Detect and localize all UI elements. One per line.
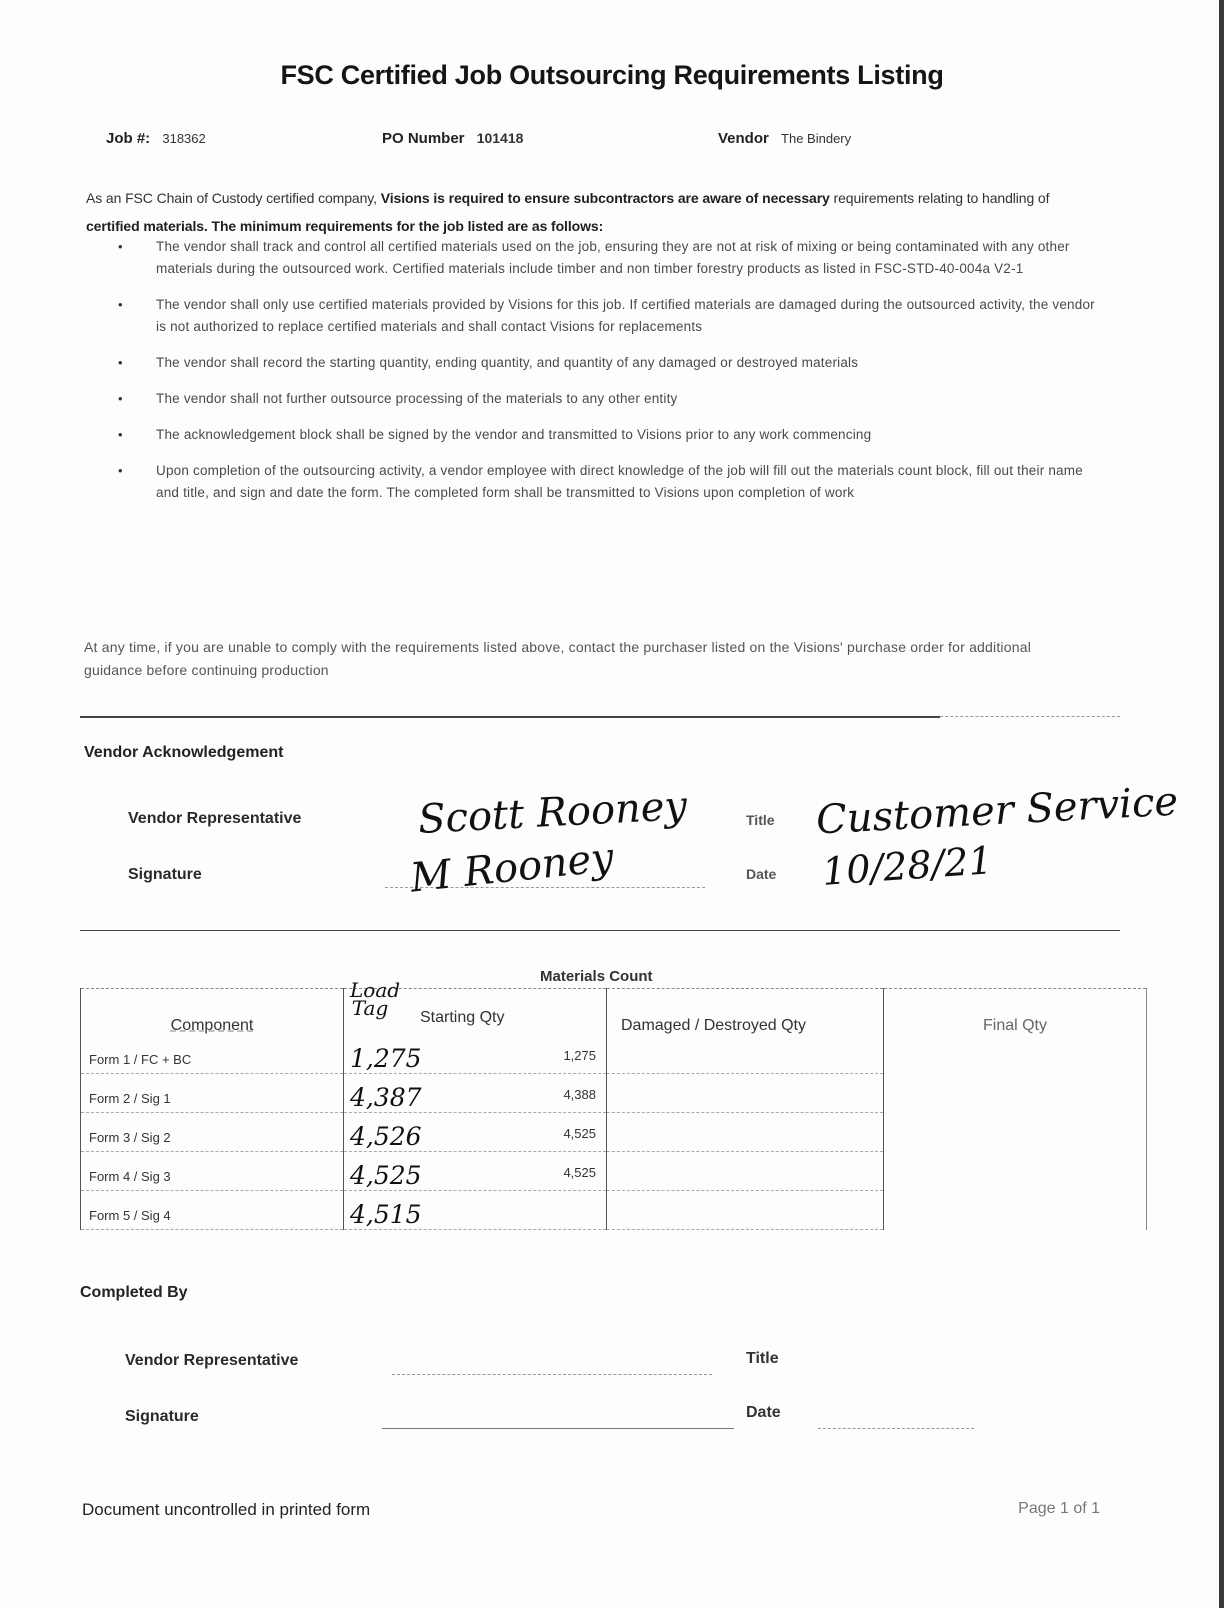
requirement-item: The vendor shall only use certified mate… bbox=[118, 294, 1098, 338]
divider-top bbox=[80, 716, 940, 718]
component-cell: Form 3 / Sig 2 bbox=[81, 1130, 343, 1151]
component-cell: Form 4 / Sig 3 bbox=[81, 1169, 343, 1190]
table-row: Form 3 / Sig 2 4,5264,525 bbox=[81, 1113, 1147, 1152]
completed-signature-label: Signature bbox=[125, 1408, 199, 1426]
damaged-cell[interactable] bbox=[607, 1074, 884, 1113]
job-number-value: 318362 bbox=[162, 131, 205, 146]
damaged-cell[interactable] bbox=[607, 1191, 884, 1230]
requirement-item: The vendor shall record the starting qua… bbox=[118, 352, 1098, 374]
load-tag-cell[interactable]: 4,526 bbox=[350, 1125, 422, 1149]
starting-qty-cell: 4,388 bbox=[563, 1087, 596, 1102]
col-component: Component bbox=[81, 989, 344, 1036]
divider-top-faint bbox=[940, 716, 1120, 717]
final-cell[interactable] bbox=[884, 1191, 1147, 1230]
col-damaged: Damaged / Destroyed Qty bbox=[607, 989, 884, 1036]
completed-title-label: Title bbox=[746, 1350, 779, 1368]
final-cell[interactable] bbox=[884, 1152, 1147, 1191]
starting-qty-cell: 1,275 bbox=[563, 1048, 596, 1063]
job-number-label: Job #: bbox=[106, 130, 150, 147]
completed-signature-line[interactable] bbox=[382, 1428, 734, 1429]
col-load-tag-handwritten: Load Tag bbox=[350, 981, 390, 1017]
completed-by-heading: Completed By bbox=[80, 1284, 188, 1302]
ack-title-value[interactable]: Customer Service bbox=[815, 779, 1179, 844]
final-cell[interactable] bbox=[884, 1074, 1147, 1113]
col-final: Final Qty bbox=[884, 989, 1147, 1036]
intro-text-1: As an FSC Chain of Custody certified com… bbox=[86, 190, 381, 206]
ack-signature-value[interactable]: M Rooney bbox=[408, 834, 616, 901]
component-cell: Form 2 / Sig 1 bbox=[81, 1091, 343, 1112]
intro-text-2: Visions is required to ensure subcontrac… bbox=[381, 190, 830, 206]
starting-qty-cell: 4,525 bbox=[563, 1126, 596, 1141]
intro-text-3: requirements relating to handling of bbox=[830, 190, 1050, 206]
vendor-label: Vendor bbox=[718, 130, 769, 147]
col-starting-qty-label: Starting Qty bbox=[420, 1009, 504, 1027]
table-row: Form 4 / Sig 3 4,5254,525 bbox=[81, 1152, 1147, 1191]
damaged-cell[interactable] bbox=[607, 1152, 884, 1191]
requirements-list: The vendor shall track and control all c… bbox=[118, 236, 1098, 518]
intro-text-4: certified materials. The minimum require… bbox=[86, 218, 603, 234]
footer-disclaimer: Document uncontrolled in printed form bbox=[82, 1500, 370, 1520]
requirement-item: The acknowledgement block shall be signe… bbox=[118, 424, 1098, 446]
load-tag-cell[interactable]: 4,515 bbox=[350, 1203, 422, 1227]
completed-date-line[interactable] bbox=[818, 1428, 974, 1429]
load-tag-cell[interactable]: 4,525 bbox=[350, 1164, 422, 1188]
document-title: FSC Certified Job Outsourcing Requiremen… bbox=[0, 60, 1224, 91]
vendor-field: Vendor The Bindery bbox=[718, 130, 851, 147]
col-component-label: Component bbox=[171, 1017, 254, 1034]
starting-qty-cell: 4,525 bbox=[563, 1165, 596, 1180]
ack-date-value[interactable]: 10/28/21 bbox=[821, 838, 994, 894]
table-header-row: Component Load Tag Starting Qty Damaged … bbox=[81, 989, 1147, 1036]
page-number: Page 1 of 1 bbox=[1018, 1500, 1100, 1518]
completed-rep-line[interactable] bbox=[392, 1374, 712, 1375]
table-row: Form 5 / Sig 4 4,515 bbox=[81, 1191, 1147, 1230]
final-cell[interactable] bbox=[884, 1113, 1147, 1152]
materials-count-table: Component Load Tag Starting Qty Damaged … bbox=[80, 988, 1147, 1230]
ack-title-label: Title bbox=[746, 812, 775, 828]
damaged-cell[interactable] bbox=[607, 1113, 884, 1152]
col-starting-qty: Load Tag Starting Qty bbox=[344, 989, 607, 1036]
ack-rep-value[interactable]: Scott Rooney bbox=[417, 783, 688, 843]
job-number-field: Job #: 318362 bbox=[106, 130, 206, 147]
component-cell: Form 5 / Sig 4 bbox=[81, 1208, 343, 1229]
table-row: Form 1 / FC + BC 1,2751,275 bbox=[81, 1035, 1147, 1074]
component-cell: Form 1 / FC + BC bbox=[81, 1052, 343, 1073]
scan-edge bbox=[1219, 0, 1224, 1608]
completed-rep-label: Vendor Representative bbox=[125, 1352, 298, 1370]
po-number-field: PO Number 101418 bbox=[382, 130, 523, 147]
load-tag-cell[interactable]: 1,275 bbox=[350, 1047, 422, 1071]
ack-rep-label: Vendor Representative bbox=[128, 810, 301, 828]
po-number-label: PO Number bbox=[382, 130, 465, 147]
damaged-cell[interactable] bbox=[607, 1035, 884, 1074]
final-cell[interactable] bbox=[884, 1035, 1147, 1074]
table-row: Form 2 / Sig 1 4,3874,388 bbox=[81, 1074, 1147, 1113]
acknowledgement-heading: Vendor Acknowledgement bbox=[84, 744, 283, 762]
load-tag-cell[interactable]: 4,387 bbox=[350, 1086, 422, 1110]
requirement-item: The vendor shall not further outsource p… bbox=[118, 388, 1098, 410]
ack-signature-label: Signature bbox=[128, 866, 202, 884]
materials-count-heading: Materials Count bbox=[540, 968, 653, 985]
po-number-value: 101418 bbox=[477, 130, 524, 146]
closing-paragraph: At any time, if you are unable to comply… bbox=[84, 636, 1084, 682]
completed-date-label: Date bbox=[746, 1404, 781, 1422]
divider-bottom bbox=[80, 930, 1120, 931]
vendor-value: The Bindery bbox=[781, 131, 851, 146]
intro-paragraph: As an FSC Chain of Custody certified com… bbox=[86, 184, 1086, 240]
requirement-item: Upon completion of the outsourcing activ… bbox=[118, 460, 1098, 504]
requirement-item: The vendor shall track and control all c… bbox=[118, 236, 1098, 280]
ack-date-label: Date bbox=[746, 866, 776, 882]
